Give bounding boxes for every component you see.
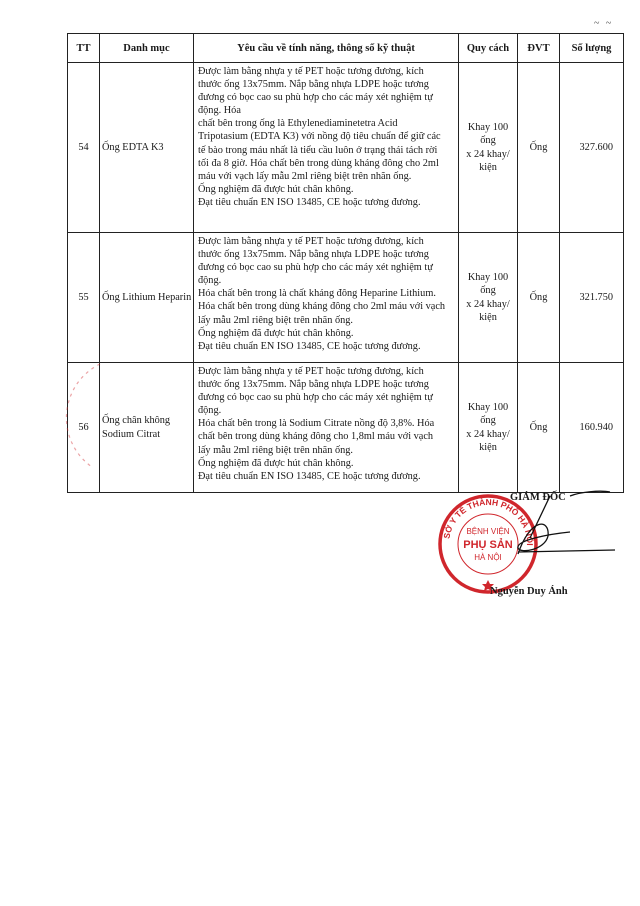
item-quantity: 160.940 [560,363,624,493]
item-quantity: 321.750 [560,233,624,363]
table-row: 55Ống Lithium HeparinĐược làm bằng nhựa … [68,233,624,363]
item-name: Ống EDTA K3 [100,63,194,233]
stamp-edge-mark [62,362,102,472]
item-unit: Ống [518,233,560,363]
item-specification: Được làm bằng nhựa y tế PET hoặc tương đ… [194,63,459,233]
item-packing: Khay 100ốngx 24 khay/kiện [459,63,518,233]
specification-table: TT Danh mục Yêu cầu về tính năng, thông … [67,33,624,493]
item-unit: Ống [518,63,560,233]
page-corner-mark: ~ ~ [594,18,613,29]
svg-text:PHỤ SẢN: PHỤ SẢN [463,538,513,551]
table-row: 54Ống EDTA K3Được làm bằng nhựa y tế PET… [68,63,624,233]
table-header-row: TT Danh mục Yêu cầu về tính năng, thông … [68,34,624,63]
header-unit: ĐVT [518,34,560,63]
header-name: Danh mục [100,34,194,63]
item-unit: Ống [518,363,560,493]
item-name: Ống Lithium Heparin [100,233,194,363]
signer-name: Nguyễn Duy Ánh [490,586,568,597]
handwritten-signature [510,488,620,568]
item-packing: Khay 100ốngx 24 khay/kiện [459,363,518,493]
item-name: Ống chân khôngSodium Citrat [100,363,194,493]
item-packing: Khay 100ốngx 24 khay/kiện [459,233,518,363]
header-quantity: Số lượng [560,34,624,63]
header-spec: Yêu cầu về tính năng, thông số kỹ thuật [194,34,459,63]
signature-block: SỞ Y TẾ THÀNH PHỐ HÀ NỘI BỆNH VIỆN PHỤ S… [430,488,620,608]
row-number: 55 [68,233,100,363]
item-specification: Được làm bằng nhựa y tế PET hoặc tương đ… [194,233,459,363]
item-specification: Được làm bằng nhựa y tế PET hoặc tương đ… [194,363,459,493]
header-tt: TT [68,34,100,63]
svg-text:BỆNH VIỆN: BỆNH VIỆN [466,527,509,536]
item-quantity: 327.600 [560,63,624,233]
header-packing: Quy cách [459,34,518,63]
svg-text:HÀ NỘI: HÀ NỘI [474,553,502,562]
table-row: 56Ống chân khôngSodium CitratĐược làm bằ… [68,363,624,493]
row-number: 54 [68,63,100,233]
